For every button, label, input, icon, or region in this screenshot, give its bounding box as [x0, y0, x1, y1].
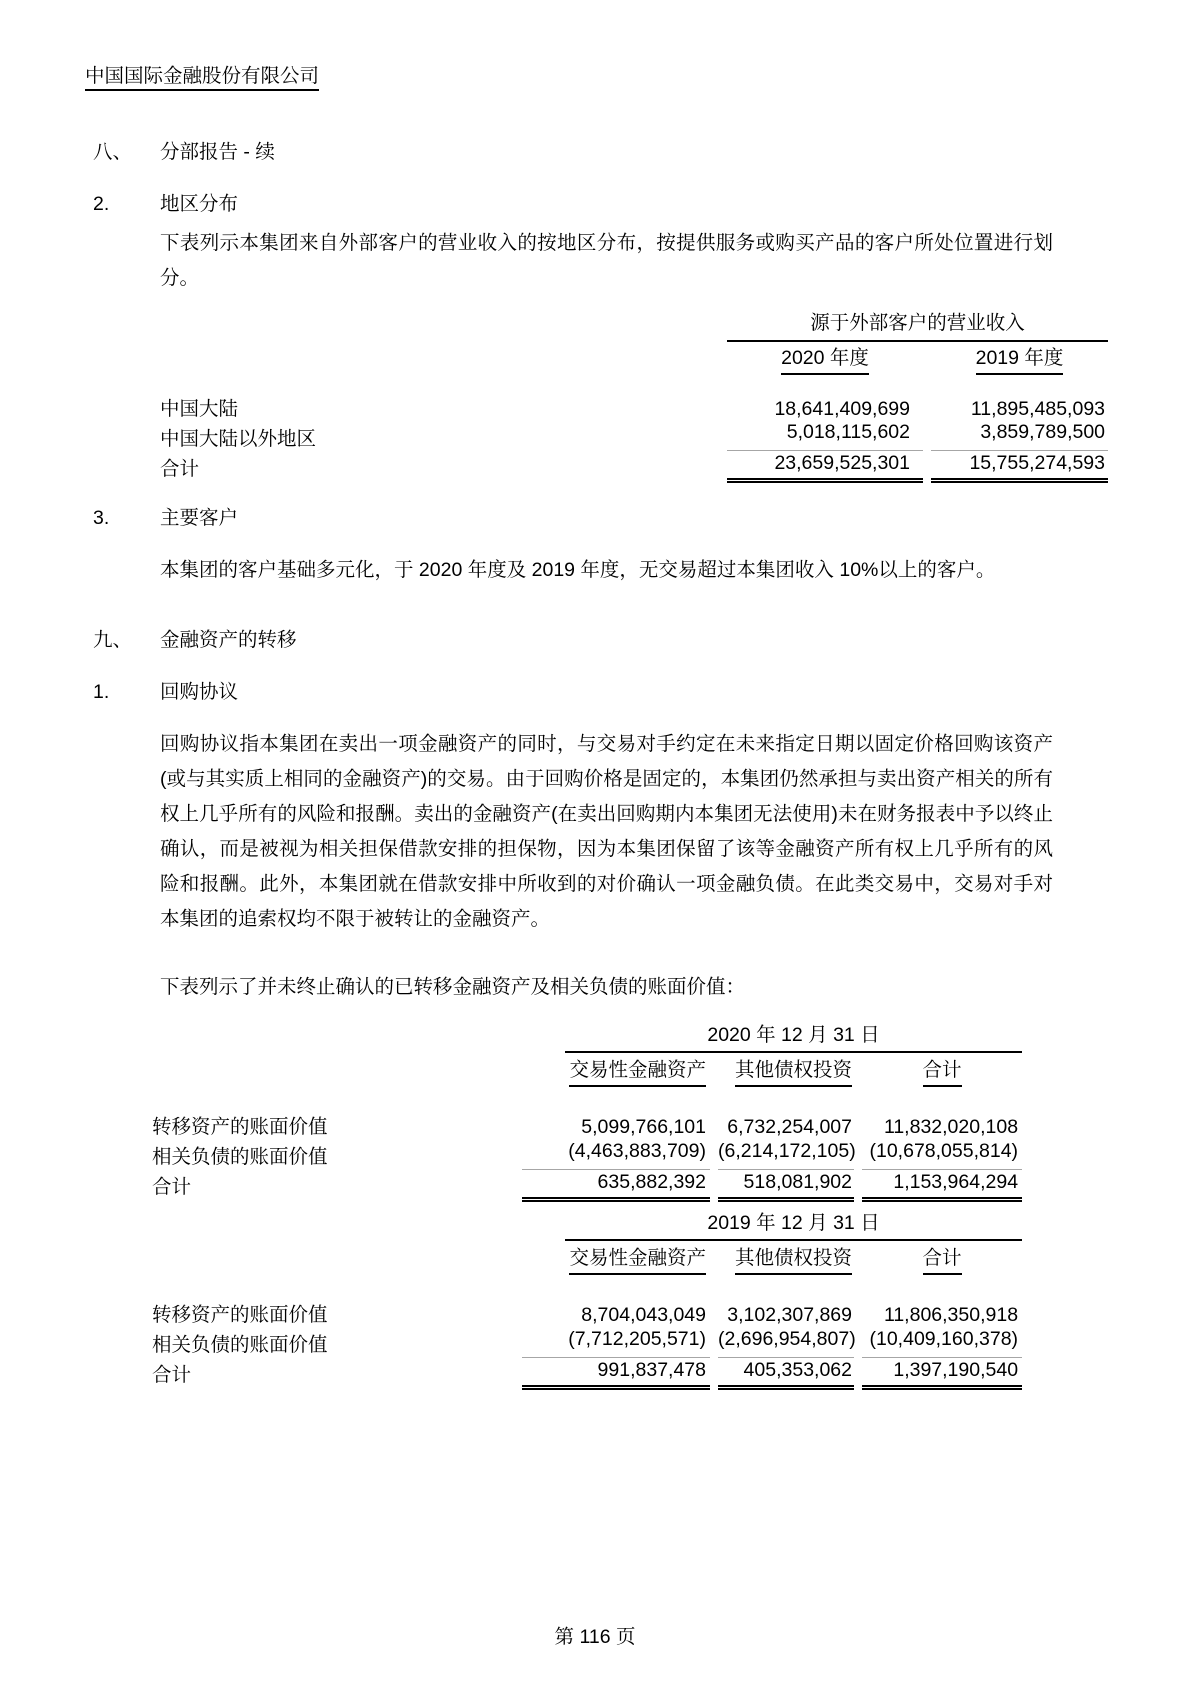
row-label: 相关负债的账面价值: [152, 1327, 522, 1357]
row-label: 中国大陆: [160, 393, 727, 421]
row-label: 转移资产的账面价值: [152, 1111, 522, 1139]
revenue-col-header-2019: 2019 年度: [976, 342, 1064, 375]
item-2-number: 2.: [93, 193, 160, 216]
cell-value: 8,704,043,049: [522, 1299, 710, 1327]
total-value: 1,397,190,540: [862, 1357, 1022, 1387]
section-8-title: 分部报告 - 续: [160, 141, 275, 163]
section-8-heading: 八、分部报告 - 续: [93, 136, 275, 164]
company-name-text: 中国国际金融股份有限公司: [85, 65, 319, 91]
cell-value: (7,712,205,571): [522, 1327, 710, 1357]
total-label: 合计: [152, 1169, 522, 1199]
table-row: 转移资产的账面价值 5,099,766,101 6,732,254,007 11…: [152, 1111, 1022, 1139]
cell-value: 3,102,307,869: [718, 1299, 854, 1327]
revenue-col-header-2020: 2020 年度: [781, 342, 869, 375]
item-2-heading: 2.地区分布: [93, 188, 238, 216]
section-9-title: 金融资产的转移: [160, 629, 297, 651]
total-label: 合计: [152, 1357, 522, 1387]
page-footer: 第 116 页: [0, 1621, 1190, 1649]
column-header-trading-assets: 交易性金融资产: [569, 1242, 706, 1275]
cell-value: (6,214,172,105): [718, 1139, 854, 1169]
table-row: 中国大陆 18,641,409,699 11,895,485,093: [160, 393, 1108, 421]
column-header-row: 交易性金融资产 其他债权投资 合计: [152, 1053, 1022, 1087]
column-header-trading-assets: 交易性金融资产: [569, 1054, 706, 1087]
cell-value: 3,859,789,500: [931, 421, 1108, 451]
revenue-by-region-table: 源于外部客户的营业收入 2020 年度 2019 年度 中国大陆 18,641,…: [160, 303, 1108, 483]
cell-value: (4,463,883,709): [522, 1139, 710, 1169]
total-value: 518,081,902: [718, 1169, 854, 1199]
column-header-total: 合计: [923, 1054, 962, 1087]
cell-value: 6,732,254,007: [718, 1111, 854, 1139]
total-row: 合计 991,837,478 405,353,062 1,397,190,540: [152, 1357, 1022, 1387]
item-1-heading: 1.回购协议: [93, 676, 238, 704]
table-row: 相关负债的账面价值 (4,463,883,709) (6,214,172,105…: [152, 1139, 1022, 1169]
item-2-paragraph: 下表列示本集团来自外部客户的营业收入的按地区分布，按提供服务或购买产品的客户所处…: [160, 226, 1053, 296]
item-1-number: 1.: [93, 681, 160, 704]
row-label: 中国大陆以外地区: [160, 421, 727, 451]
date-header-row: 2019 年 12 月 31 日: [152, 1207, 1022, 1241]
repurchase-paragraph: 回购协议指本集团在卖出一项金融资产的同时，与交易对手约定在未来指定日期以固定价格…: [160, 727, 1053, 937]
transfer-table-2020: 2020 年 12 月 31 日 交易性金融资产 其他债权投资 合计 转移资产的…: [152, 1019, 1022, 1202]
table-date-header: 2019 年 12 月 31 日: [565, 1207, 1022, 1241]
date-header-row: 2020 年 12 月 31 日: [152, 1019, 1022, 1053]
revenue-group-header: 源于外部客户的营业收入: [727, 303, 1108, 341]
cell-value: (10,678,055,814): [862, 1139, 1022, 1169]
item-3-title: 主要客户: [160, 507, 238, 529]
document-page: 中国国际金融股份有限公司 八、分部报告 - 续 2.地区分布 下表列示本集团来自…: [0, 0, 1190, 1684]
table-row: 中国大陆以外地区 5,018,115,602 3,859,789,500: [160, 421, 1108, 451]
revenue-year-header-row: 2020 年度 2019 年度: [160, 341, 1108, 375]
cell-value: 18,641,409,699: [727, 393, 923, 421]
cell-value: 11,895,485,093: [931, 393, 1108, 421]
column-header-other-debt: 其他债权投资: [735, 1242, 852, 1275]
total-value: 1,153,964,294: [862, 1169, 1022, 1199]
cell-value: 5,018,115,602: [727, 421, 923, 451]
total-value: 991,837,478: [522, 1357, 710, 1387]
item-3-heading: 3.主要客户: [93, 502, 238, 530]
total-row: 合计 23,659,525,301 15,755,274,593: [160, 451, 1108, 481]
table-row: 相关负债的账面价值 (7,712,205,571) (2,696,954,807…: [152, 1327, 1022, 1357]
table-date-header: 2020 年 12 月 31 日: [565, 1019, 1022, 1053]
column-header-total: 合计: [923, 1242, 962, 1275]
item-3-paragraph: 本集团的客户基础多元化，于 2020 年度及 2019 年度，无交易超过本集团收…: [160, 553, 1053, 588]
item-3-number: 3.: [93, 507, 160, 530]
cell-value: 11,806,350,918: [862, 1299, 1022, 1327]
company-name: 中国国际金融股份有限公司: [85, 60, 319, 88]
row-label: 相关负债的账面价值: [152, 1139, 522, 1169]
total-value: 405,353,062: [718, 1357, 854, 1387]
transfer-table-2019: 2019 年 12 月 31 日 交易性金融资产 其他债权投资 合计 转移资产的…: [152, 1207, 1022, 1390]
section-9-number: 九、: [93, 624, 160, 652]
cell-value: (10,409,160,378): [862, 1327, 1022, 1357]
revenue-group-header-row: 源于外部客户的营业收入: [160, 303, 1108, 341]
item-2-title: 地区分布: [160, 193, 238, 215]
cell-value: 11,832,020,108: [862, 1111, 1022, 1139]
item-1-title: 回购协议: [160, 681, 238, 703]
total-label: 合计: [160, 451, 727, 481]
column-header-row: 交易性金融资产 其他债权投资 合计: [152, 1241, 1022, 1275]
row-label: 转移资产的账面价值: [152, 1299, 522, 1327]
total-value: 635,882,392: [522, 1169, 710, 1199]
total-value: 23,659,525,301: [727, 451, 923, 481]
section-9-heading: 九、金融资产的转移: [93, 624, 297, 652]
table-row: 转移资产的账面价值 8,704,043,049 3,102,307,869 11…: [152, 1299, 1022, 1327]
cell-value: (2,696,954,807): [718, 1327, 854, 1357]
total-row: 合计 635,882,392 518,081,902 1,153,964,294: [152, 1169, 1022, 1199]
total-value: 15,755,274,593: [931, 451, 1108, 481]
transfer-intro-paragraph: 下表列示了并未终止确认的已转移金融资产及相关负债的账面价值：: [160, 970, 1053, 1005]
cell-value: 5,099,766,101: [522, 1111, 710, 1139]
column-header-other-debt: 其他债权投资: [735, 1054, 852, 1087]
section-8-number: 八、: [93, 136, 160, 164]
